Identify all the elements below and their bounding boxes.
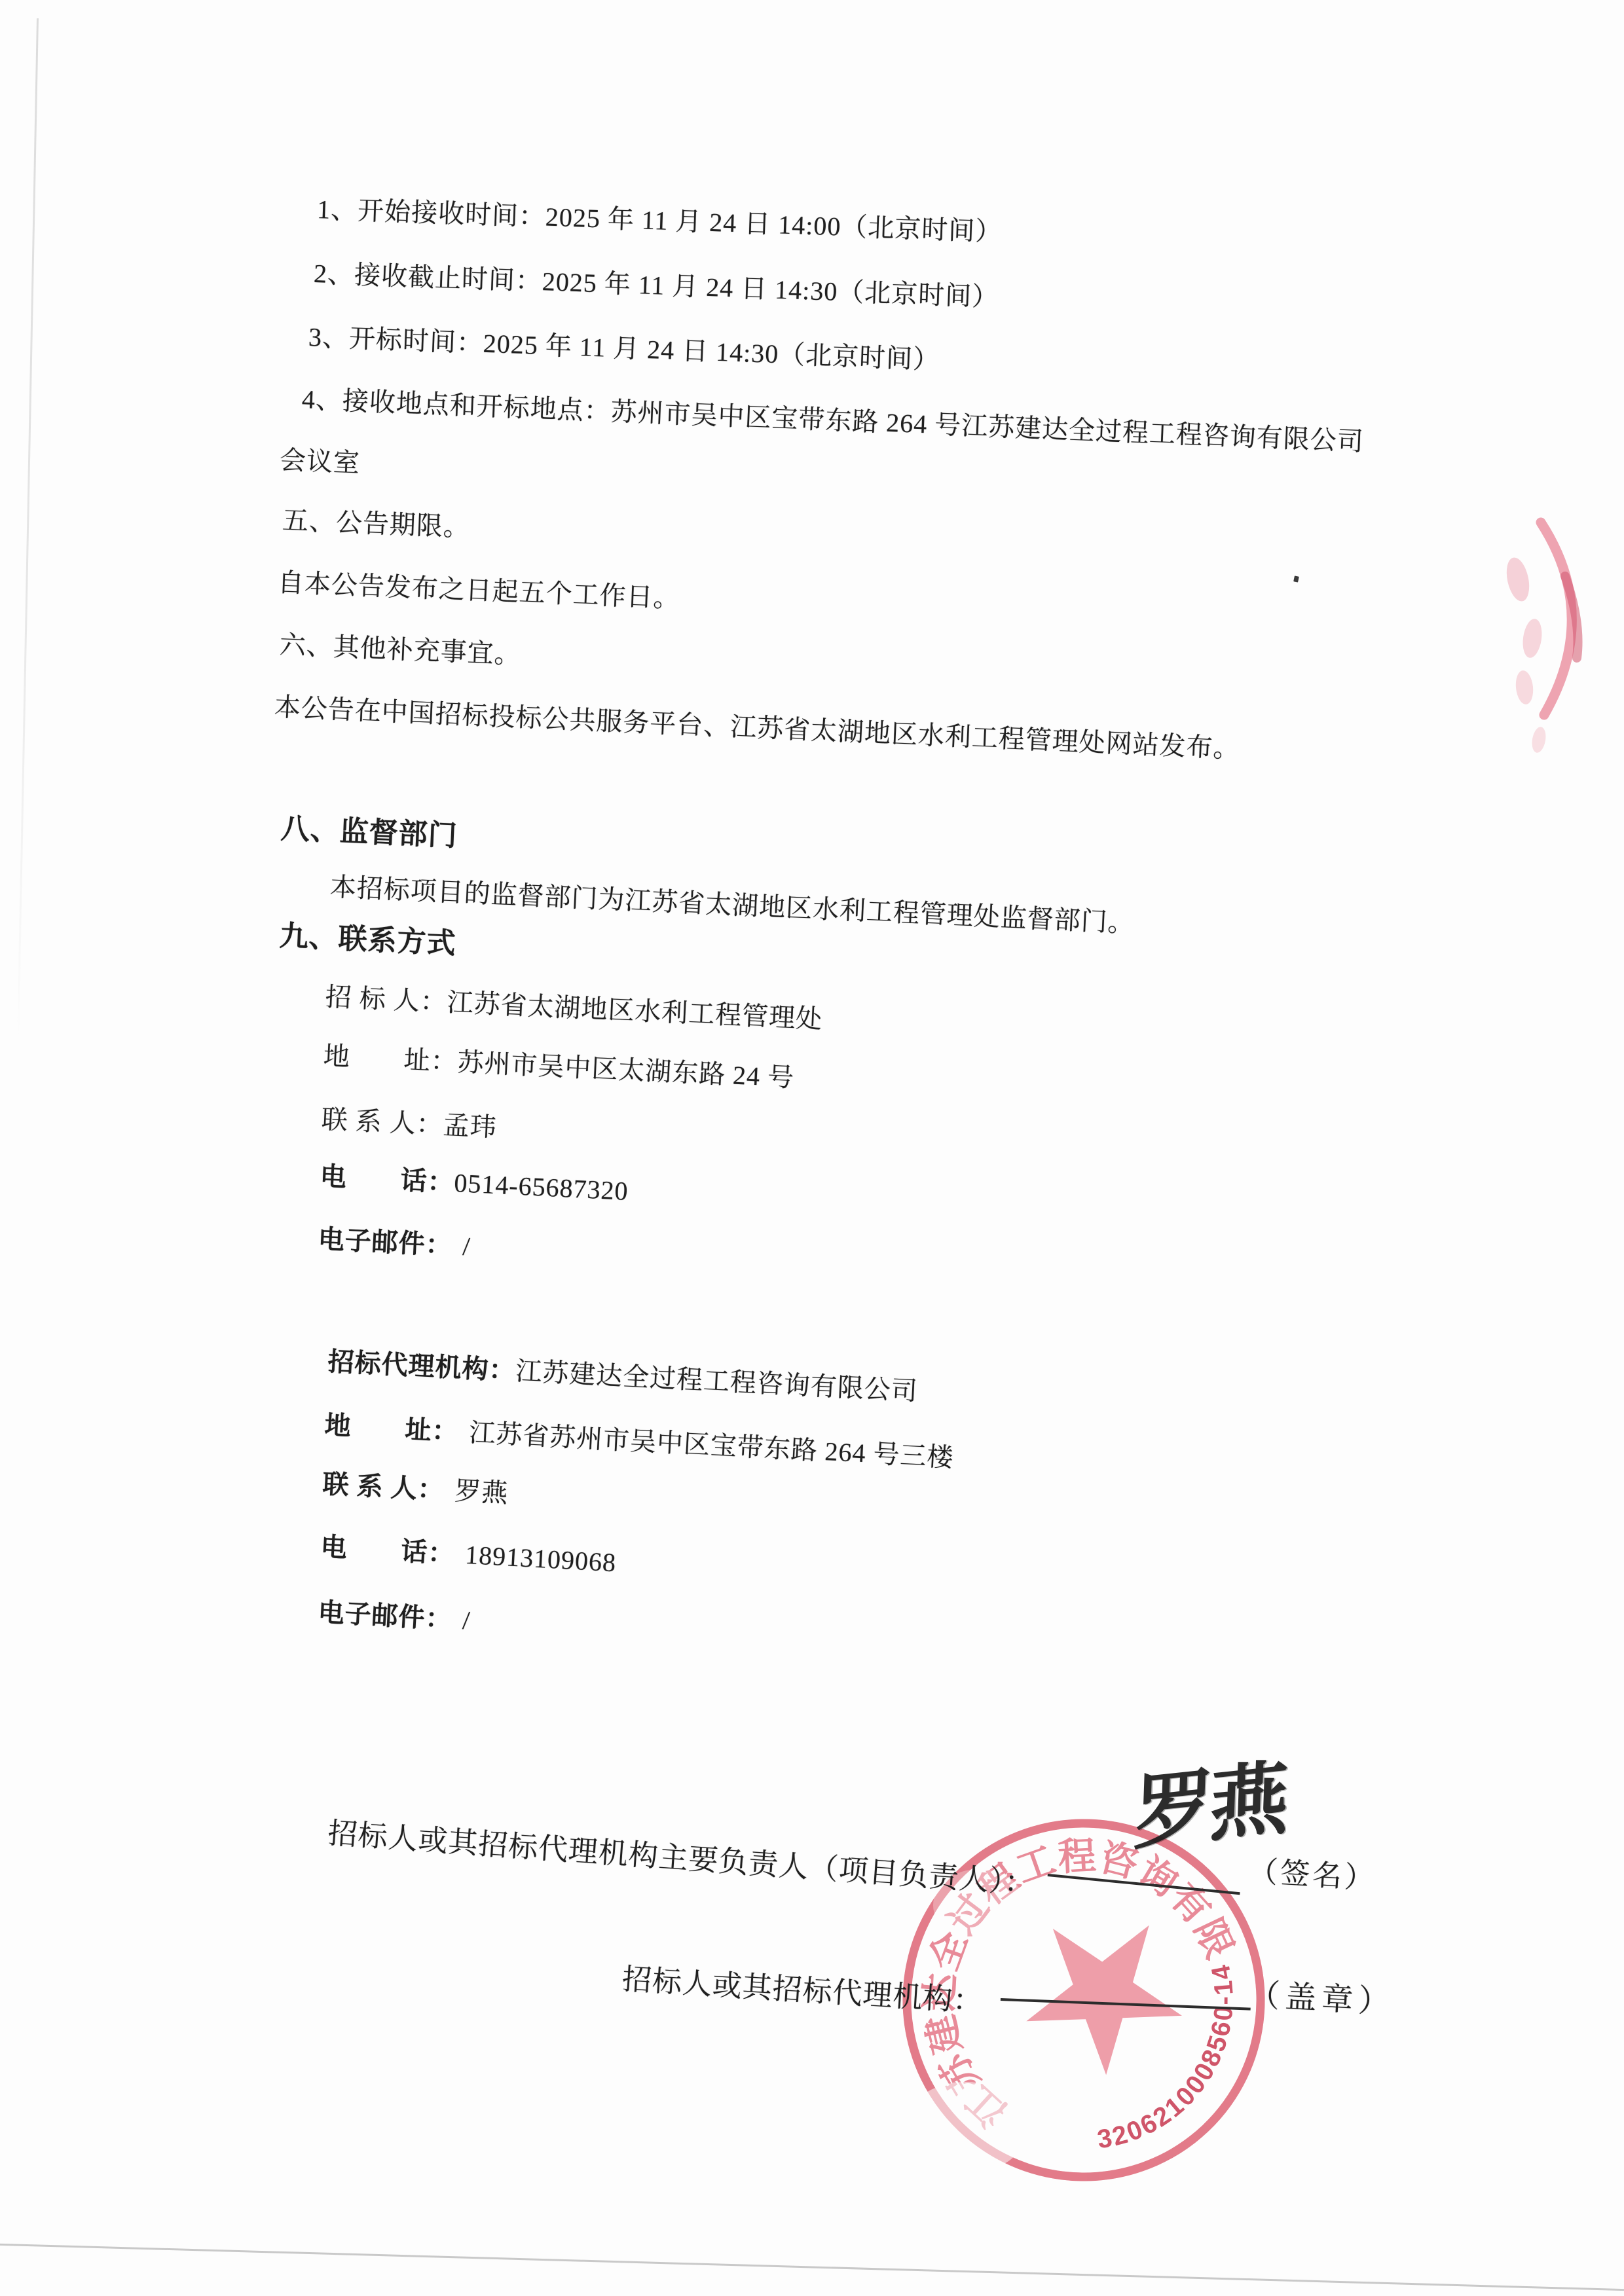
agency-contact-label: 联 系 人： — [322, 1469, 445, 1505]
signature-suffix: （签名） — [1247, 1853, 1378, 1897]
agency-name-value: 江苏建达全过程工程咨询有限公司 — [515, 1357, 918, 1406]
tenderer-contact-row: 联 系 人：孟玮 — [321, 1103, 498, 1144]
tenderer-phone-value: 0514-65687320 — [453, 1168, 629, 1206]
tenderer-contact-label: 联 系 人： — [321, 1104, 444, 1140]
section-5-heading: 五、公告期限。 — [282, 504, 471, 544]
tenderer-email-value: / — [462, 1231, 471, 1262]
agency-address-row: 地 址：江苏省苏州市吴中区宝带东路 264 号三楼 — [323, 1409, 954, 1474]
section-5-body: 自本公告发布之日起五个工作日。 — [277, 566, 681, 615]
tenderer-address-row: 地 址：苏州市吴中区太湖东路 24 号 — [323, 1040, 796, 1095]
seal-suffix: （盖章） — [1247, 1976, 1396, 2023]
agency-address-label: 地 址： — [324, 1410, 460, 1447]
tenderer-address-label: 地 址： — [323, 1041, 458, 1077]
agency-name-label: 招标代理机构： — [327, 1347, 517, 1385]
tenderer-phone-label: 电 话： — [320, 1161, 455, 1197]
tenderer-name-label: 招 标 人： — [325, 982, 448, 1017]
agency-phone-label: 电 话： — [320, 1532, 455, 1569]
agency-phone-value: 18913109068 — [464, 1540, 617, 1577]
item-location: 4、接收地点和开标地点：苏州市吴中区宝带东路 264 号江苏建达全过程工程咨询有… — [301, 383, 1365, 458]
section-9-heading: 九、联系方式 — [279, 918, 457, 962]
document-text-layer: 1、开始接收时间：2025 年 11 月 24 日 14:00（北京时间） 2、… — [0, 0, 1624, 2296]
item-bid-opening-time: 3、开标时间：2025 年 11 月 24 日 14:30（北京时间） — [308, 321, 940, 376]
agency-email-row: 电子邮件：/ — [317, 1596, 471, 1637]
seal-line — [1001, 1998, 1251, 2011]
tenderer-email-row: 电子邮件：/ — [318, 1223, 471, 1263]
tenderer-name-value: 江苏省太湖地区水利工程管理处 — [447, 987, 823, 1034]
handwritten-signature: 罗燕 — [1132, 1734, 1287, 1865]
section-6-heading: 六、其他补充事宜。 — [279, 629, 522, 671]
principal-signature-label: 招标人或其招标代理机构主要负责人（项目负责人）： — [327, 1815, 1036, 1902]
org-seal-label: 招标人或其招标代理机构： — [621, 1961, 984, 2020]
agency-name-row: 招标代理机构：江苏建达全过程工程咨询有限公司 — [327, 1345, 918, 1408]
item-location-wrap: 会议室 — [279, 444, 361, 480]
tenderer-name-row: 招 标 人：江苏省太湖地区水利工程管理处 — [325, 981, 823, 1036]
section-8-heading: 八、监督部门 — [280, 811, 458, 854]
agency-address-value: 江苏省苏州市吴中区宝带东路 264 号三楼 — [468, 1418, 954, 1473]
tenderer-contact-value: 孟玮 — [443, 1110, 498, 1142]
agency-contact-value: 罗燕 — [454, 1476, 509, 1508]
tenderer-phone-row: 电 话：0514-65687320 — [320, 1160, 629, 1208]
signature-line — [1048, 1874, 1240, 1895]
section-6-body: 本公告在中国招标投标公共服务平台、江苏省太湖地区水利工程管理处网站发布。 — [274, 691, 1241, 765]
agency-contact-row: 联 系 人：罗燕 — [322, 1468, 509, 1510]
agency-email-value: / — [462, 1605, 471, 1635]
agency-email-label: 电子邮件： — [317, 1597, 452, 1634]
agency-phone-row: 电 话：18913109068 — [320, 1531, 617, 1579]
tenderer-address-value: 苏州市吴中区太湖东路 24 号 — [457, 1048, 796, 1093]
tenderer-email-label: 电子邮件： — [318, 1224, 453, 1260]
item-receive-start-time: 1、开始接收时间：2025 年 11 月 24 日 14:00（北京时间） — [316, 193, 1003, 249]
scanned-tender-notice-page: 江苏建达全过程工程咨询有限公司 3206210008560-14 1、开始接收时… — [0, 0, 1624, 2296]
item-receive-deadline: 2、接收截止时间：2025 年 11 月 24 日 14:30（北京时间） — [313, 257, 999, 314]
